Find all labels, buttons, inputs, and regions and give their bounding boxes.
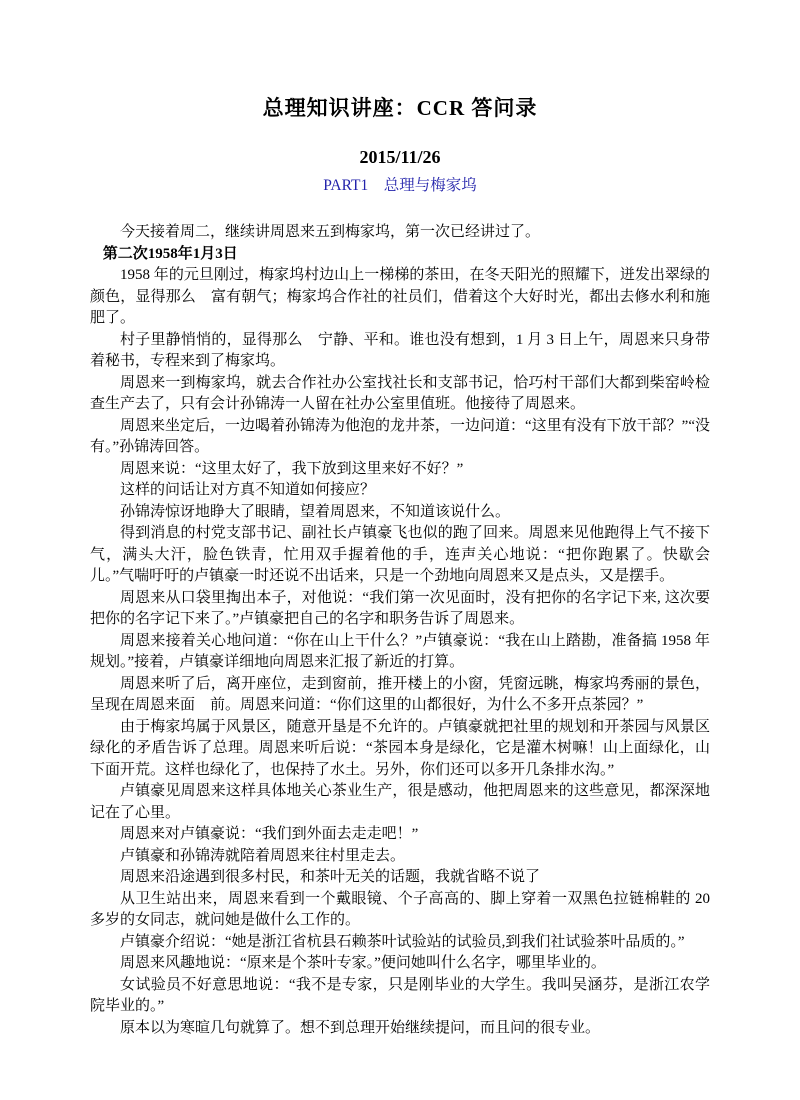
paragraph: 从卫生站出来，周恩来看到一个戴眼镜、个子高高的、脚上穿着一双黑色拉链棉鞋的 20… — [90, 889, 710, 932]
section-heading: PART1 总理与梅家坞 — [90, 176, 710, 195]
paragraph: 卢镇豪介绍说：“她是浙江省杭县石赖茶叶试验站的试验员,到我们社试验茶叶品质的。” — [90, 932, 710, 954]
paragraph: 周恩来从口袋里掏出本子，对他说：“我们第一次见面时，没有把你的名字记下来, 这次… — [90, 588, 710, 631]
paragraph: 周恩来说：“这里太好了，我下放到这里来好不好？” — [90, 459, 710, 481]
document-date: 2015/11/26 — [90, 146, 710, 168]
document-body: 今天接着周二，继续讲周恩来五到梅家坞，第一次已经讲过了。第二次1958年1月3日… — [90, 222, 710, 1039]
paragraph: 1958 年的元旦刚过，梅家坞村边山上一梯梯的茶田，在冬天阳光的照耀下，迸发出翠… — [90, 265, 710, 330]
paragraph: 女试验员不好意思地说：“我不是专家，只是刚毕业的大学生。我叫吴涵芬，是浙江农学院… — [90, 975, 710, 1018]
paragraph: 卢镇豪见周恩来这样具体地关心茶业生产，很是感动，他把周恩来的这些意见，都深深地记… — [90, 781, 710, 824]
paragraph: 今天接着周二，继续讲周恩来五到梅家坞，第一次已经讲过了。 — [90, 222, 710, 244]
paragraph: 村子里静悄悄的，显得那么 宁静、平和。谁也没有想到，1 月 3 日上午，周恩来只… — [90, 330, 710, 373]
paragraph: 原本以为寒暄几句就算了。想不到总理开始继续提问，而且问的很专业。 — [90, 1018, 710, 1040]
paragraph: 周恩来接着关心地问道：“你在山上干什么？”卢镇豪说：“我在山上踏勘，准备搞 19… — [90, 631, 710, 674]
paragraph: 孙锦涛惊讶地睁大了眼睛，望着周恩来，不知道该说什么。 — [90, 502, 710, 524]
paragraph: 由于梅家坞属于风景区，随意开垦是不允许的。卢镇豪就把社里的规划和开茶园与风景区绿… — [90, 717, 710, 782]
paragraph: 周恩来坐定后，一边喝着孙锦涛为他泡的龙井茶，一边问道：“这里有没有下放干部？”“… — [90, 416, 710, 459]
paragraph: 周恩来一到梅家坞，就去合作社办公室找社长和支部书记，恰巧村干部们大都到柴窑岭检查… — [90, 373, 710, 416]
paragraph: 周恩来沿途遇到很多村民，和茶叶无关的话题，我就省略不说了 — [90, 867, 710, 889]
paragraph: 周恩来听了后，离开座位，走到窗前，推开楼上的小窗，凭窗远眺，梅家坞秀丽的景色，呈… — [90, 674, 710, 717]
paragraph-subheading: 第二次1958年1月3日 — [90, 244, 710, 266]
paragraph: 这样的问话让对方真不知道如何接应？ — [90, 480, 710, 502]
paragraph: 周恩来对卢镇豪说：“我们到外面去走走吧！” — [90, 824, 710, 846]
paragraph: 卢镇豪和孙锦涛就陪着周恩来往村里走去。 — [90, 846, 710, 868]
document-page: 总理知识讲座：CCR 答问录 2015/11/26 PART1 总理与梅家坞 今… — [0, 0, 800, 1100]
paragraph: 周恩来风趣地说：“原来是个茶叶专家。”便问她叫什么名字，哪里毕业的。 — [90, 953, 710, 975]
page-title: 总理知识讲座：CCR 答问录 — [90, 95, 710, 121]
paragraph: 得到消息的村党支部书记、副社长卢镇豪飞也似的跑了回来。周恩来见他跑得上气不接下气… — [90, 523, 710, 588]
